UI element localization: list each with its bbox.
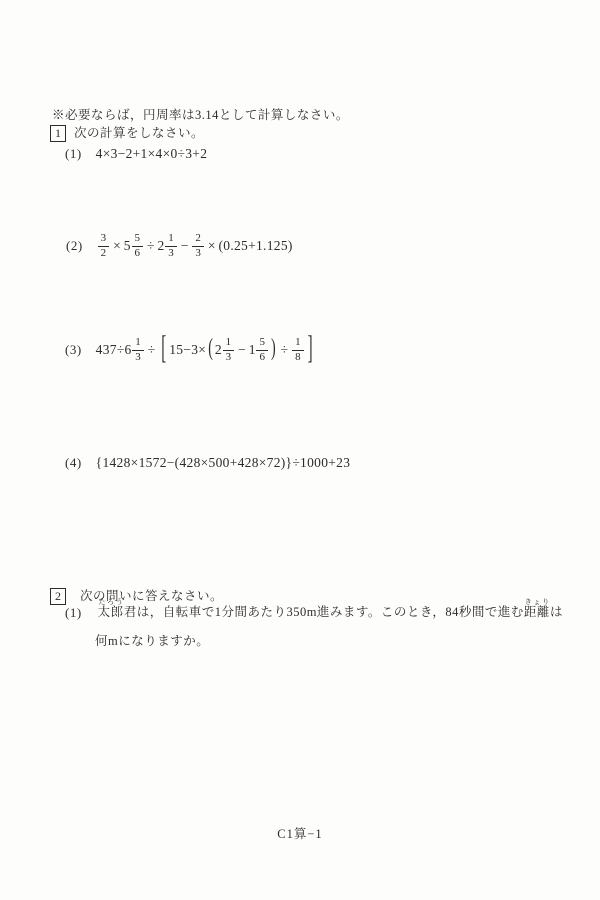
fraction: 18 (292, 336, 304, 364)
furigana: きょり (524, 598, 550, 606)
operator: ÷ (148, 342, 155, 358)
expression: {1428×1572−(428×500+428×72)}÷1000+23 (96, 455, 351, 471)
expression: 4×3−2+1×4×0÷3+2 (96, 146, 208, 162)
question-label: (1) (65, 605, 82, 620)
fraction: 13 (223, 336, 235, 364)
ruby-taro: 太郎たろう (98, 605, 124, 619)
expression: 32 × 5 56 ÷ 2 13 − 23 × (0.25+1.125) (97, 232, 293, 260)
fraction: 56 (132, 232, 144, 260)
question-label: (2) (66, 238, 83, 254)
left-paren: ( (208, 336, 213, 363)
question-label: (3) (65, 342, 82, 358)
pi-note: ※必要ならば，円周率は3.14として計算しなさい。 (52, 105, 349, 123)
operator: ÷ (147, 238, 154, 254)
question-2-1: (1) 太郎たろう君は，自転車で1分間あたり350m進みます。このとき，84秒間… (65, 598, 563, 621)
fraction: 13 (132, 336, 144, 364)
problem-text-line2: 何mになりますか。 (95, 631, 209, 649)
fraction: 23 (192, 232, 204, 260)
operator: × (208, 238, 216, 254)
mixed-number: 5 56 (124, 232, 144, 260)
mixed-number: 2 13 (215, 336, 235, 364)
section1-number-box: 1 (50, 125, 66, 142)
question-1-3: (3) 437÷ 6 13 ÷ [ 15−3× ( 2 13 − 1 56 ) … (65, 329, 316, 371)
right-paren: ) (271, 336, 276, 363)
exam-page: ※必要ならば，円周率は3.14として計算しなさい。 1次の計算をしなさい。 (1… (0, 0, 600, 900)
fraction: 13 (165, 232, 177, 260)
section2-number-box: 2 (50, 588, 66, 605)
mixed-number: 1 56 (249, 336, 269, 364)
section1-header: 1次の計算をしなさい。 (50, 123, 204, 142)
parenthetical: (0.25+1.125) (218, 238, 292, 254)
mixed-number: 2 13 (157, 232, 177, 260)
fraction: 56 (256, 336, 268, 364)
mixed-number: 6 13 (125, 336, 145, 364)
fraction: 32 (98, 232, 110, 260)
expression: 437÷ 6 13 ÷ [ 15−3× ( 2 13 − 1 56 ) ÷ 18… (96, 336, 316, 364)
problem-text-line1: 太郎たろう君は，自転車で1分間あたり350m進みます。このとき，84秒間で進む距… (98, 605, 563, 619)
operator: − (238, 342, 246, 358)
operator: × (113, 238, 121, 254)
left-bracket: [ (161, 331, 166, 368)
question-1-4: (4) {1428×1572−(428×500+428×72)}÷1000+23 (65, 455, 350, 471)
section1-instruction: 次の計算をしなさい。 (74, 126, 204, 140)
page-footer-label: C1算−1 (0, 824, 600, 842)
operator: ÷ (281, 342, 288, 358)
right-bracket: ] (308, 331, 313, 368)
question-label: (1) (65, 146, 82, 162)
furigana: たろう (98, 598, 124, 606)
operator: − (181, 238, 189, 254)
question-label: (4) (65, 455, 82, 471)
ruby-kyori: 距離きょり (524, 605, 550, 619)
question-1-1: (1) 4×3−2+1×4×0÷3+2 (65, 146, 207, 162)
question-1-2: (2) 32 × 5 56 ÷ 2 13 − 23 × (0.25+1.125) (66, 228, 293, 264)
